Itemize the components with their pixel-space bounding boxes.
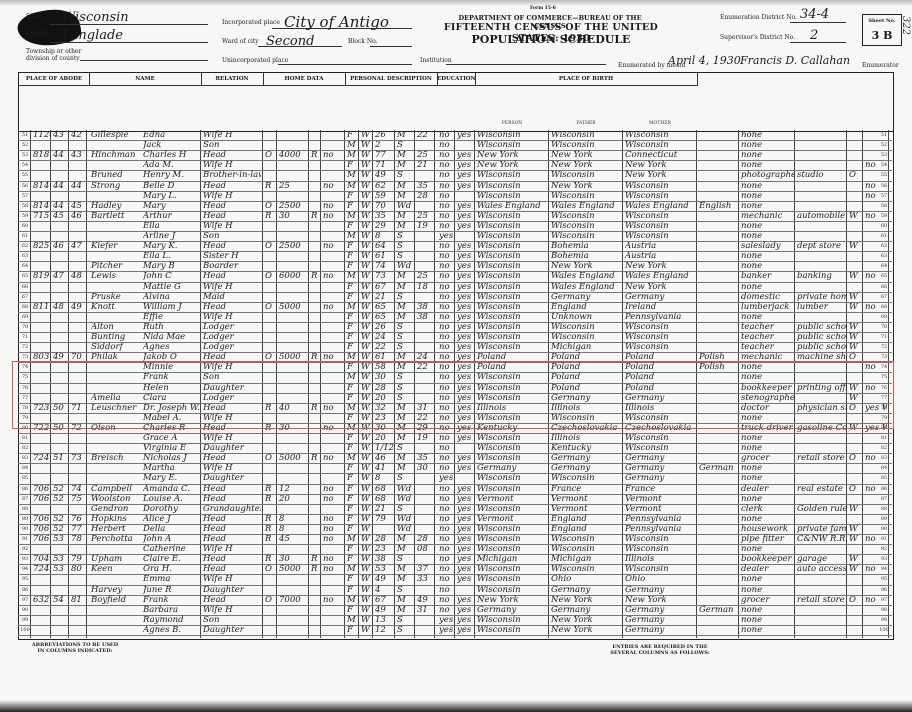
cell-birthplace: Wisconsin [477,453,547,463]
cell-occupation: none [741,605,795,615]
cell-surname: Siddorf [91,342,143,352]
cell-can-read: yes [457,221,473,231]
cell-mother-birthplace: Wisconsin [625,564,695,574]
cell-marital-status: S [397,342,415,352]
cell-family-number [71,544,87,554]
cell-father-birthplace: Michigan [551,342,621,352]
cell-class-of-worker [849,201,861,211]
cell-mother-birthplace: Germany [625,625,695,635]
cell-house-number [33,231,51,241]
cell-birthplace: Wisconsin [477,585,547,595]
cell-line-number: 88 [19,506,31,516]
cell-class-of-worker [849,160,861,170]
enumeration-district-value: 34-4 [800,7,829,22]
cell-mother-birthplace: New York [625,261,695,271]
cell-age-married [417,625,435,635]
cell-industry: C&NW R.R. [797,534,847,544]
cell-mother-tongue [699,221,739,231]
cell-attended-school: no [439,332,455,342]
cell-given-name: Mary B [143,261,199,271]
subhdr-father: FATHER [549,121,623,126]
cell-given-name: Arline J [143,231,199,241]
margin-note: 322 [900,16,911,35]
cell-sex: M [347,453,359,463]
cell-dwelling-number [53,443,69,453]
cell-father-birthplace: Germany [551,585,621,595]
cell-radio [311,524,321,534]
cell-occupation: dealer [741,564,795,574]
cell-age-married [417,332,435,342]
cell-home-value: 20 [279,494,309,504]
cell-age-married: 28 [417,191,435,201]
cell-family-number: 77 [71,524,87,534]
cell-home-value: 12 [279,484,309,494]
cell-race: W [361,241,373,251]
cell-house-number: 706 [33,524,51,534]
cell-father-birthplace: England [551,524,621,534]
cell-marital-status: M [397,191,415,201]
cell-family-number [71,342,87,352]
cell-surname [91,433,143,443]
cell-marital-status: Wd [397,261,415,271]
cell-father-birthplace: New York [551,160,621,170]
cell-can-read [457,140,473,150]
cell-relation: Maid [203,292,261,302]
line-number-right: 70 [878,324,890,330]
cell-can-read: yes [457,463,473,473]
county-value: Langlade [62,28,123,43]
cell-line-number: 100 [19,627,31,637]
cell-father-birthplace: Bohemia [551,241,621,251]
group-place-of-birth: PLACE OF BIRTH [475,73,698,86]
cell-attended-school: no [439,251,455,261]
cell-radio [311,585,321,595]
cell-radio [311,443,321,453]
cell-birthplace: Wisconsin [477,130,547,140]
cell-marital-status: Wd [397,494,415,504]
cell-home-value [279,312,309,322]
cell-can-read: yes [457,170,473,180]
cell-father-birthplace: Wisconsin [551,534,621,544]
cell-occupation: none [741,544,795,554]
cell-line-number: 90 [19,526,31,536]
cell-farm [323,130,343,140]
cell-relation: Lodger [203,332,261,342]
cell-age-married [417,201,435,211]
cell-can-read: yes [457,302,473,312]
ward-value: Second [266,34,314,49]
cell-sex: M [347,302,359,312]
line-number-right: 64 [878,263,890,269]
group-education: EDUCATION [437,73,476,86]
cell-age: 62 [375,181,395,191]
cell-home-owned: O [265,302,277,312]
cell-mother-tongue [699,615,739,625]
cell-can-read: yes [457,554,473,564]
cell-home-value: 2500 [279,201,309,211]
cell-birthplace: Wisconsin [477,544,547,554]
cell-mother-birthplace: New York [625,170,695,180]
cell-line-number: 62 [19,243,31,253]
cell-home-value: 45 [279,534,309,544]
cell-sex: M [347,534,359,544]
line-number-right: 56 [878,183,890,189]
cell-relation: Head [203,201,261,211]
cell-birthplace: Wisconsin [477,433,547,443]
cell-home-owned [265,312,277,322]
cell-dwelling-number [53,473,69,483]
cell-farm: no [323,564,343,574]
cell-can-read: yes [457,150,473,160]
cell-class-of-worker [849,282,861,292]
cell-family-number [71,433,87,443]
cell-house-number [33,504,51,514]
cell-can-read: yes [457,605,473,615]
cell-age-married [417,443,435,453]
cell-class-of-worker [849,191,861,201]
cell-family-number [71,463,87,473]
cell-attended-school: no [439,524,455,534]
cell-sex: F [347,191,359,201]
cell-industry [797,191,847,201]
state-value: Wisconsin [62,10,129,25]
cell-marital-status: S [397,322,415,332]
cell-attended-school: no [439,453,455,463]
cell-line-number: 84 [19,465,31,475]
cell-home-owned [265,282,277,292]
cell-surname: Alton [91,322,143,332]
cell-dwelling-number [53,261,69,271]
cell-marital-status: S [397,625,415,635]
cell-industry: studio [797,170,847,180]
entries-title: ENTRIES ARE REQUIRED IN THE SEVERAL COLU… [600,644,720,656]
cell-radio [311,342,321,352]
cell-class-of-worker [849,443,861,453]
cell-mother-birthplace: Pennsylvania [625,514,695,524]
cell-attended-school: no [439,191,455,201]
cell-mother-tongue [699,453,739,463]
cell-dwelling-number [53,433,69,443]
cell-father-birthplace: Wales England [551,271,621,281]
cell-house-number [33,170,51,180]
cell-sex: M [347,181,359,191]
cell-marital-status: S [397,231,415,241]
cell-house-number [33,585,51,595]
cell-mother-tongue [699,574,739,584]
cell-attended-school: no [439,342,455,352]
cell-age: 8 [375,473,395,483]
cell-attended-school: no [439,261,455,271]
cell-home-owned [265,191,277,201]
cell-given-name: Ora H. [143,564,199,574]
line-number-right: 97 [878,597,890,603]
cell-marital-status: M [397,150,415,160]
cell-house-number: 825 [33,241,51,251]
cell-can-read: yes [457,433,473,443]
cell-home-owned [265,140,277,150]
cell-given-name: Nicholas J [143,453,199,463]
cell-surname [91,140,143,150]
cell-birthplace: New York [477,160,547,170]
cell-marital-status: S [397,504,415,514]
cell-family-number: 46 [71,211,87,221]
cell-occupation: none [741,574,795,584]
cell-dwelling-number: 43 [53,130,69,140]
cell-house-number [33,463,51,473]
cell-mother-tongue [699,292,739,302]
cell-can-read: yes [457,524,473,534]
cell-relation: Head [203,514,261,524]
cell-line-number: 82 [19,445,31,455]
cell-father-birthplace: New York [551,261,621,271]
group-relation: RELATION [201,73,264,86]
cell-birthplace: New York [477,150,547,160]
cell-industry [797,605,847,615]
cell-age-married: 21 [417,160,435,170]
cell-home-owned: R [265,534,277,544]
cell-house-number: 632 [33,595,51,605]
cell-house-number [33,221,51,231]
cell-occupation: grocer [741,595,795,605]
cell-race: W [361,181,373,191]
cell-home-owned: R [265,554,277,564]
line-number-right: 57 [878,193,890,199]
cell-age: 26 [375,130,395,140]
cell-relation: Wife H [203,574,261,584]
cell-farm [323,191,343,201]
cell-industry [797,160,847,170]
cell-given-name: Charles H [143,150,199,160]
cell-mother-birthplace: Wisconsin [625,443,695,453]
cell-home-value [279,251,309,261]
cell-sex: F [347,433,359,443]
cell-house-number: 706 [33,494,51,504]
cell-can-read: yes [457,181,473,191]
cell-mother-birthplace: Vermont [625,494,695,504]
cell-age [375,524,395,534]
cell-attended-school: no [439,554,455,564]
cell-marital-status: M [397,605,415,615]
cell-age-married: 22 [417,130,435,140]
line-number-right: 91 [878,536,890,542]
cell-class-of-worker [849,261,861,271]
line-number-right: 58 [878,203,890,209]
cell-industry [797,585,847,595]
cell-class-of-worker: W [849,322,861,332]
cell-home-value: 30 [279,211,309,221]
cell-family-number [71,443,87,453]
cell-home-value [279,605,309,615]
cell-race: W [361,605,373,615]
cell-relation: Wife H [203,312,261,322]
cell-age: 74 [375,261,395,271]
cell-given-name: Amanda C. [143,484,199,494]
cell-home-value [279,625,309,635]
cell-family-number [71,140,87,150]
cell-race: W [361,312,373,322]
cell-industry [797,514,847,524]
sheet-value: 3 B [863,29,901,42]
cell-age-married: 25 [417,271,435,281]
cell-mother-tongue [699,191,739,201]
cell-home-owned [265,261,277,271]
cell-industry [797,261,847,271]
cell-attended-school: no [439,221,455,231]
cell-occupation: none [741,191,795,201]
cell-line-number: 66 [19,284,31,294]
cell-dwelling-number [53,312,69,322]
cell-age-married [417,261,435,271]
cell-radio: R [311,150,321,160]
cell-line-number: 93 [19,556,31,566]
cell-home-owned [265,625,277,635]
cell-race: W [361,201,373,211]
cell-father-birthplace: Unknown [551,312,621,322]
line-number-right: 66 [878,284,890,290]
cell-attended-school: no [439,585,455,595]
cell-mother-tongue [699,332,739,342]
cell-family-number: 74 [71,484,87,494]
cell-industry: private family [797,524,847,534]
cell-can-read: yes [457,211,473,221]
cell-home-owned [265,130,277,140]
cell-house-number [33,312,51,322]
cell-relation: Lodger [203,342,261,352]
block-line [370,46,412,47]
cell-home-value [279,585,309,595]
cell-birthplace: Wisconsin [477,574,547,584]
cell-occupation: teacher [741,332,795,342]
cell-radio [311,544,321,554]
cell-sex: F [347,463,359,473]
supervisor-district-value: 2 [810,28,818,43]
cell-home-owned [265,231,277,241]
cell-farm [323,160,343,170]
cell-class-of-worker: W [849,292,861,302]
cell-mother-birthplace: Wales England [625,201,695,211]
cell-occupation: none [741,473,795,483]
cell-dwelling-number [53,463,69,473]
cell-relation: Daughter [203,625,261,635]
cell-class-of-worker [849,605,861,615]
cell-mother-tongue [699,524,739,534]
cell-age: 65 [375,302,395,312]
cell-given-name: Grace A [143,433,199,443]
cell-given-name: Ada M. [143,160,199,170]
cell-radio [311,181,321,191]
column-header-band: PLACE OF ABODE NAME RELATION HOME DATA P… [19,73,893,132]
cell-dwelling-number: 51 [53,453,69,463]
cell-mother-tongue [699,211,739,221]
cell-relation: Daughter [203,473,261,483]
cell-farm [323,342,343,352]
cell-occupation: none [741,282,795,292]
cell-class-of-worker: W [849,342,861,352]
cell-house-number [33,433,51,443]
cell-age-married [417,504,435,514]
cell-mother-birthplace: Wisconsin [625,433,695,443]
cell-industry [797,312,847,322]
cell-industry: public school [797,332,847,342]
cell-sex: M [347,170,359,180]
cell-farm [323,433,343,443]
cell-radio [311,251,321,261]
cell-line-number: 89 [19,516,31,526]
cell-can-read [457,585,473,595]
cell-sex: F [347,484,359,494]
cell-age: 46 [375,453,395,463]
cell-relation: Son [203,615,261,625]
cell-industry [797,201,847,211]
cell-farm [323,585,343,595]
cell-occupation: none [741,181,795,191]
cell-father-birthplace: New York [551,615,621,625]
cell-relation: Head [203,211,261,221]
cell-dwelling-number [53,140,69,150]
cell-surname [91,231,143,241]
cell-birthplace: New York [477,595,547,605]
cell-home-owned: R [265,494,277,504]
cell-mother-birthplace: Wisconsin [625,544,695,554]
cell-dwelling-number: 53 [53,564,69,574]
cell-industry [797,181,847,191]
cell-industry: garage [797,554,847,564]
line-number-right: 68 [878,304,890,310]
cell-age-married: 38 [417,302,435,312]
cell-family-number [71,292,87,302]
cell-occupation: none [741,443,795,453]
cell-farm [323,574,343,584]
incorporated-label: Incorporated place [222,19,280,26]
cell-home-value: 8 [279,524,309,534]
cell-farm: no [323,271,343,281]
line-number-right: 67 [878,294,890,300]
cell-birthplace: Wisconsin [477,443,547,453]
cell-surname: Keen [91,564,143,574]
cell-age-married [417,494,435,504]
cell-radio [311,282,321,292]
cell-race: W [361,160,373,170]
cell-marital-status: Wd [397,484,415,494]
supervisor-district-label: Supervisor's District No. [720,34,795,41]
cell-relation: Head [203,241,261,251]
cell-age: 70 [375,201,395,211]
cell-mother-birthplace: Ireland [625,302,695,312]
state-label: State [26,13,42,20]
cell-can-read: yes [457,342,473,352]
cell-class-of-worker: W [849,554,861,564]
cell-family-number [71,473,87,483]
cell-can-read: yes [457,484,473,494]
cell-age: 59 [375,191,395,201]
cell-farm: no [323,201,343,211]
cell-marital-status: S [397,585,415,595]
cell-attended-school: no [439,271,455,281]
cell-birthplace: Wisconsin [477,473,547,483]
cell-mother-tongue [699,564,739,574]
cell-marital-status: S [397,554,415,564]
cell-home-value [279,433,309,443]
cell-industry: banking [797,271,847,281]
cell-home-owned: O [265,564,277,574]
cell-age: 68 [375,484,395,494]
cell-surname: Pruske [91,292,143,302]
cell-line-number: 65 [19,273,31,283]
cell-mother-tongue [699,534,739,544]
cell-marital-status: M [397,564,415,574]
cell-occupation: grocer [741,453,795,463]
cell-surname [91,625,143,635]
